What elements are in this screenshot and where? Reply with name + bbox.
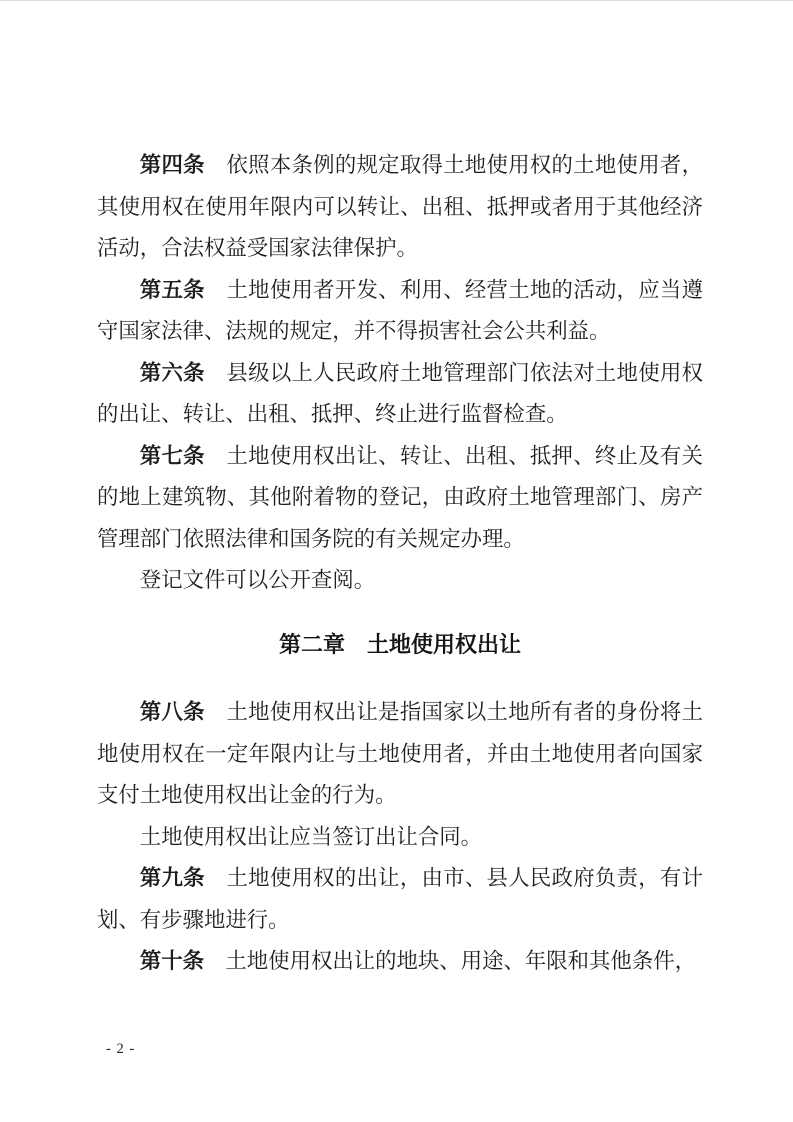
article-text: 土地使用权出让的地块、用途、年限和其他条件， <box>225 949 696 973</box>
article-paragraph: 第六条县级以上人民政府土地管理部门依法对土地使用权的出让、转让、出租、抵押、终止… <box>97 353 703 436</box>
article-number: 第六条 <box>140 361 227 385</box>
document-page: { "document": { "page_number": "- 2 -", … <box>0 0 793 1122</box>
document-body: 第四条依照本条例的规定取得土地使用权的土地使用者，其使用权在使用年限内可以转让、… <box>97 145 703 983</box>
article-number: 第八条 <box>140 700 227 724</box>
article-paragraph: 第五条土地使用者开发、利用、经营土地的活动，应当遵守国家法律、法规的规定，并不得… <box>97 270 703 353</box>
article-paragraph: 第十条土地使用权出让的地块、用途、年限和其他条件， <box>97 941 703 983</box>
article-number: 第四条 <box>140 153 227 177</box>
article-paragraph: 登记文件可以公开查阅。 <box>97 560 703 602</box>
article-paragraph: 第四条依照本条例的规定取得土地使用权的土地使用者，其使用权在使用年限内可以转让、… <box>97 145 703 270</box>
article-paragraph: 第八条土地使用权出让是指国家以土地所有者的身份将土地使用权在一定年限内让与土地使… <box>97 692 703 817</box>
article-text: 土地使用权出让应当签订出让合同。 <box>140 825 482 849</box>
page-number: - 2 - <box>106 1039 135 1059</box>
article-number: 第九条 <box>140 866 227 890</box>
article-number: 第五条 <box>140 278 227 302</box>
chapter-heading: 第二章 土地使用权出让 <box>97 624 703 666</box>
article-paragraph: 第九条土地使用权的出让，由市、县人民政府负责，有计划、有步骤地进行。 <box>97 858 703 941</box>
article-text: 登记文件可以公开查阅。 <box>140 568 375 592</box>
article-number: 第十条 <box>140 949 226 973</box>
article-paragraph: 第七条土地使用权出让、转让、出租、抵押、终止及有关的地上建筑物、其他附着物的登记… <box>97 436 703 561</box>
article-paragraph: 土地使用权出让应当签订出让合同。 <box>97 817 703 859</box>
article-number: 第七条 <box>140 444 227 468</box>
